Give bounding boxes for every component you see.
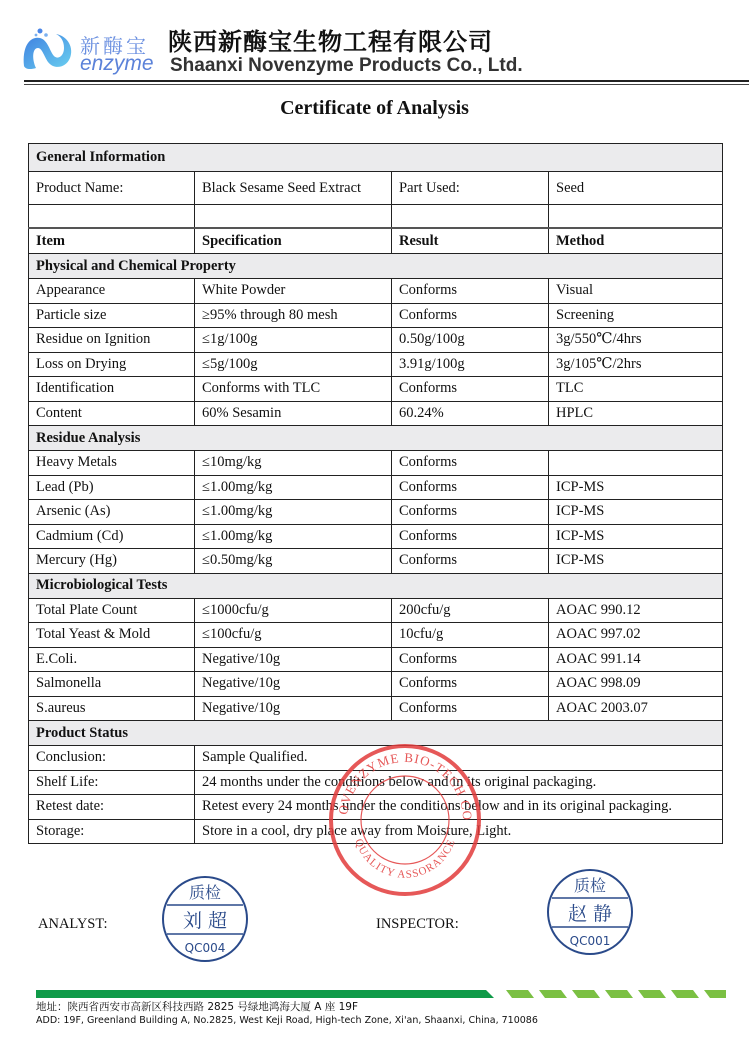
specification-cell: ≤10mg/kg — [195, 451, 392, 476]
status-label: Conclusion: — [29, 746, 195, 771]
section-header: Physical and Chemical Property — [29, 254, 723, 279]
table-row: Total Yeast & Mold≤100cfu/g10cfu/gAOAC 9… — [29, 623, 723, 648]
specification-cell: ≤1.00mg/kg — [195, 524, 392, 549]
specification-cell: Negative/10g — [195, 672, 392, 697]
part-used-label: Part Used: — [392, 172, 549, 205]
result-cell: Conforms — [392, 303, 549, 328]
product-name-label: Product Name: — [29, 172, 195, 205]
item-cell: E.Coli. — [29, 647, 195, 672]
table-row: SalmonellaNegative/10gConformsAOAC 998.0… — [29, 672, 723, 697]
analyst-seal: 质检 刘 超 QC004 — [161, 875, 249, 963]
table-row: E.Coli.Negative/10gConformsAOAC 991.14 — [29, 647, 723, 672]
method-cell: AOAC 990.12 — [549, 598, 723, 623]
method-cell: 3g/550℃/4hrs — [549, 328, 723, 353]
table-row: AppearanceWhite PowderConformsVisual — [29, 279, 723, 304]
svg-text:质检: 质检 — [189, 883, 221, 902]
method-cell: TLC — [549, 377, 723, 402]
method-cell: AOAC 2003.07 — [549, 696, 723, 721]
result-cell: 3.91g/100g — [392, 352, 549, 377]
result-cell: Conforms — [392, 647, 549, 672]
footer-stripe-bar — [36, 990, 726, 998]
table-row: Particle size≥95% through 80 meshConform… — [29, 303, 723, 328]
svg-text:刘 超: 刘 超 — [183, 910, 227, 932]
specification-cell: ≥95% through 80 mesh — [195, 303, 392, 328]
method-cell: AOAC 998.09 — [549, 672, 723, 697]
coa-table: General Information Product Name: Black … — [28, 143, 723, 844]
section-header-general: General Information — [29, 144, 723, 172]
item-cell: Loss on Drying — [29, 352, 195, 377]
specification-cell: Negative/10g — [195, 696, 392, 721]
specification-cell: 60% Sesamin — [195, 401, 392, 426]
specification-cell: ≤100cfu/g — [195, 623, 392, 648]
method-cell: ICP-MS — [549, 524, 723, 549]
analyst-label: ANALYST: — [38, 916, 108, 933]
address-chinese: 地址：陕西省西安市高新区科技西路 2825 号绿地鸿海大厦 A 座 19F — [36, 999, 358, 1014]
result-cell: Conforms — [392, 475, 549, 500]
result-cell: Conforms — [392, 549, 549, 574]
item-cell: Total Yeast & Mold — [29, 623, 195, 648]
section-label: Microbiological Tests — [29, 573, 723, 598]
header-rule-thin — [24, 84, 749, 85]
section-header: Residue Analysis — [29, 426, 723, 451]
column-header-row: Item Specification Result Method — [29, 228, 723, 254]
table-row: Arsenic (As)≤1.00mg/kgConformsICP-MS — [29, 500, 723, 525]
item-cell: Lead (Pb) — [29, 475, 195, 500]
item-cell: Particle size — [29, 303, 195, 328]
specification-cell: ≤1.00mg/kg — [195, 475, 392, 500]
item-cell: Mercury (Hg) — [29, 549, 195, 574]
company-name-english: Shaanxi Novenzyme Products Co., Ltd. — [170, 55, 523, 77]
item-cell: Residue on Ignition — [29, 328, 195, 353]
item-cell: Arsenic (As) — [29, 500, 195, 525]
company-logo: 新酶宝 enzyme — [20, 22, 160, 72]
item-cell: Salmonella — [29, 672, 195, 697]
table-row: Content60% Sesamin60.24%HPLC — [29, 401, 723, 426]
table-row: Mercury (Hg)≤0.50mg/kgConformsICP-MS — [29, 549, 723, 574]
inspector-seal: 质检 赵 静 QC001 — [546, 868, 634, 956]
method-cell: HPLC — [549, 401, 723, 426]
table-row: Loss on Drying≤5g/100g3.91g/100g3g/105℃/… — [29, 352, 723, 377]
table-row: Residue on Ignition≤1g/100g0.50g/100g3g/… — [29, 328, 723, 353]
column-header-specification: Specification — [195, 228, 392, 254]
item-cell: Heavy Metals — [29, 451, 195, 476]
result-cell: Conforms — [392, 279, 549, 304]
item-cell: Appearance — [29, 279, 195, 304]
specification-cell: Conforms with TLC — [195, 377, 392, 402]
specification-cell: ≤0.50mg/kg — [195, 549, 392, 574]
table-row: Heavy Metals≤10mg/kgConforms — [29, 451, 723, 476]
section-label: Residue Analysis — [29, 426, 723, 451]
result-cell: Conforms — [392, 377, 549, 402]
table-row: IdentificationConforms with TLCConformsT… — [29, 377, 723, 402]
method-cell: ICP-MS — [549, 500, 723, 525]
method-cell: Visual — [549, 279, 723, 304]
method-cell: ICP-MS — [549, 549, 723, 574]
item-cell: Content — [29, 401, 195, 426]
company-seal-stamp: NOVENZYME BIO-TECH CO. QUALITY ASSORANCE — [325, 740, 485, 900]
part-used-value: Seed — [549, 172, 723, 205]
table-row: Cadmium (Cd)≤1.00mg/kgConformsICP-MS — [29, 524, 723, 549]
svg-text:赵 静: 赵 静 — [568, 903, 612, 925]
logo-english-text: enzyme — [80, 52, 154, 76]
section-label: Physical and Chemical Property — [29, 254, 723, 279]
status-label: Retest date: — [29, 795, 195, 820]
svg-text:QC004: QC004 — [185, 941, 226, 955]
method-cell: AOAC 991.14 — [549, 647, 723, 672]
method-cell: ICP-MS — [549, 475, 723, 500]
result-cell: 60.24% — [392, 401, 549, 426]
column-header-item: Item — [29, 228, 195, 254]
address-english: ADD: 19F, Greenland Building A, No.2825,… — [36, 1015, 538, 1026]
specification-cell: White Powder — [195, 279, 392, 304]
table-row: Lead (Pb)≤1.00mg/kgConformsICP-MS — [29, 475, 723, 500]
item-cell: Total Plate Count — [29, 598, 195, 623]
stamp-top-text: NOVENZYME BIO-TECH CO. — [325, 740, 475, 822]
item-cell: Identification — [29, 377, 195, 402]
specification-cell: ≤1g/100g — [195, 328, 392, 353]
empty-row — [29, 205, 723, 229]
specification-cell: ≤5g/100g — [195, 352, 392, 377]
logo-n-icon — [20, 26, 76, 72]
product-name-value: Black Sesame Seed Extract — [195, 172, 392, 205]
status-label: Shelf Life: — [29, 770, 195, 795]
section-header: Microbiological Tests — [29, 573, 723, 598]
table-row: S.aureusNegative/10gConformsAOAC 2003.07 — [29, 696, 723, 721]
product-info-row: Product Name: Black Sesame Seed Extract … — [29, 172, 723, 205]
result-cell: Conforms — [392, 696, 549, 721]
method-cell: 3g/105℃/2hrs — [549, 352, 723, 377]
method-cell: Screening — [549, 303, 723, 328]
section-label: General Information — [29, 144, 723, 172]
method-cell — [549, 451, 723, 476]
svg-text:QC001: QC001 — [570, 934, 611, 948]
table-row: Total Plate Count≤1000cfu/g200cfu/gAOAC … — [29, 598, 723, 623]
result-cell: Conforms — [392, 524, 549, 549]
result-cell: 0.50g/100g — [392, 328, 549, 353]
company-name-chinese: 陕西新酶宝生物工程有限公司 — [168, 22, 493, 57]
result-cell: Conforms — [392, 672, 549, 697]
inspector-label: INSPECTOR: — [376, 916, 459, 933]
method-cell: AOAC 997.02 — [549, 623, 723, 648]
specification-cell: ≤1000cfu/g — [195, 598, 392, 623]
specification-cell: Negative/10g — [195, 647, 392, 672]
specification-cell: ≤1.00mg/kg — [195, 500, 392, 525]
letterhead: 新酶宝 enzyme 陕西新酶宝生物工程有限公司 Shaanxi Novenzy… — [0, 0, 749, 90]
svg-text:NOVENZYME BIO-TECH CO.: NOVENZYME BIO-TECH CO. — [325, 740, 475, 822]
result-cell: 10cfu/g — [392, 623, 549, 648]
result-cell: Conforms — [392, 500, 549, 525]
svg-text:质检: 质检 — [574, 876, 606, 895]
item-cell: S.aureus — [29, 696, 195, 721]
item-cell: Cadmium (Cd) — [29, 524, 195, 549]
status-label: Storage: — [29, 819, 195, 844]
document-title: Certificate of Analysis — [0, 97, 749, 120]
column-header-method: Method — [549, 228, 723, 254]
result-cell: Conforms — [392, 451, 549, 476]
column-header-result: Result — [392, 228, 549, 254]
header-rule — [24, 80, 749, 82]
result-cell: 200cfu/g — [392, 598, 549, 623]
